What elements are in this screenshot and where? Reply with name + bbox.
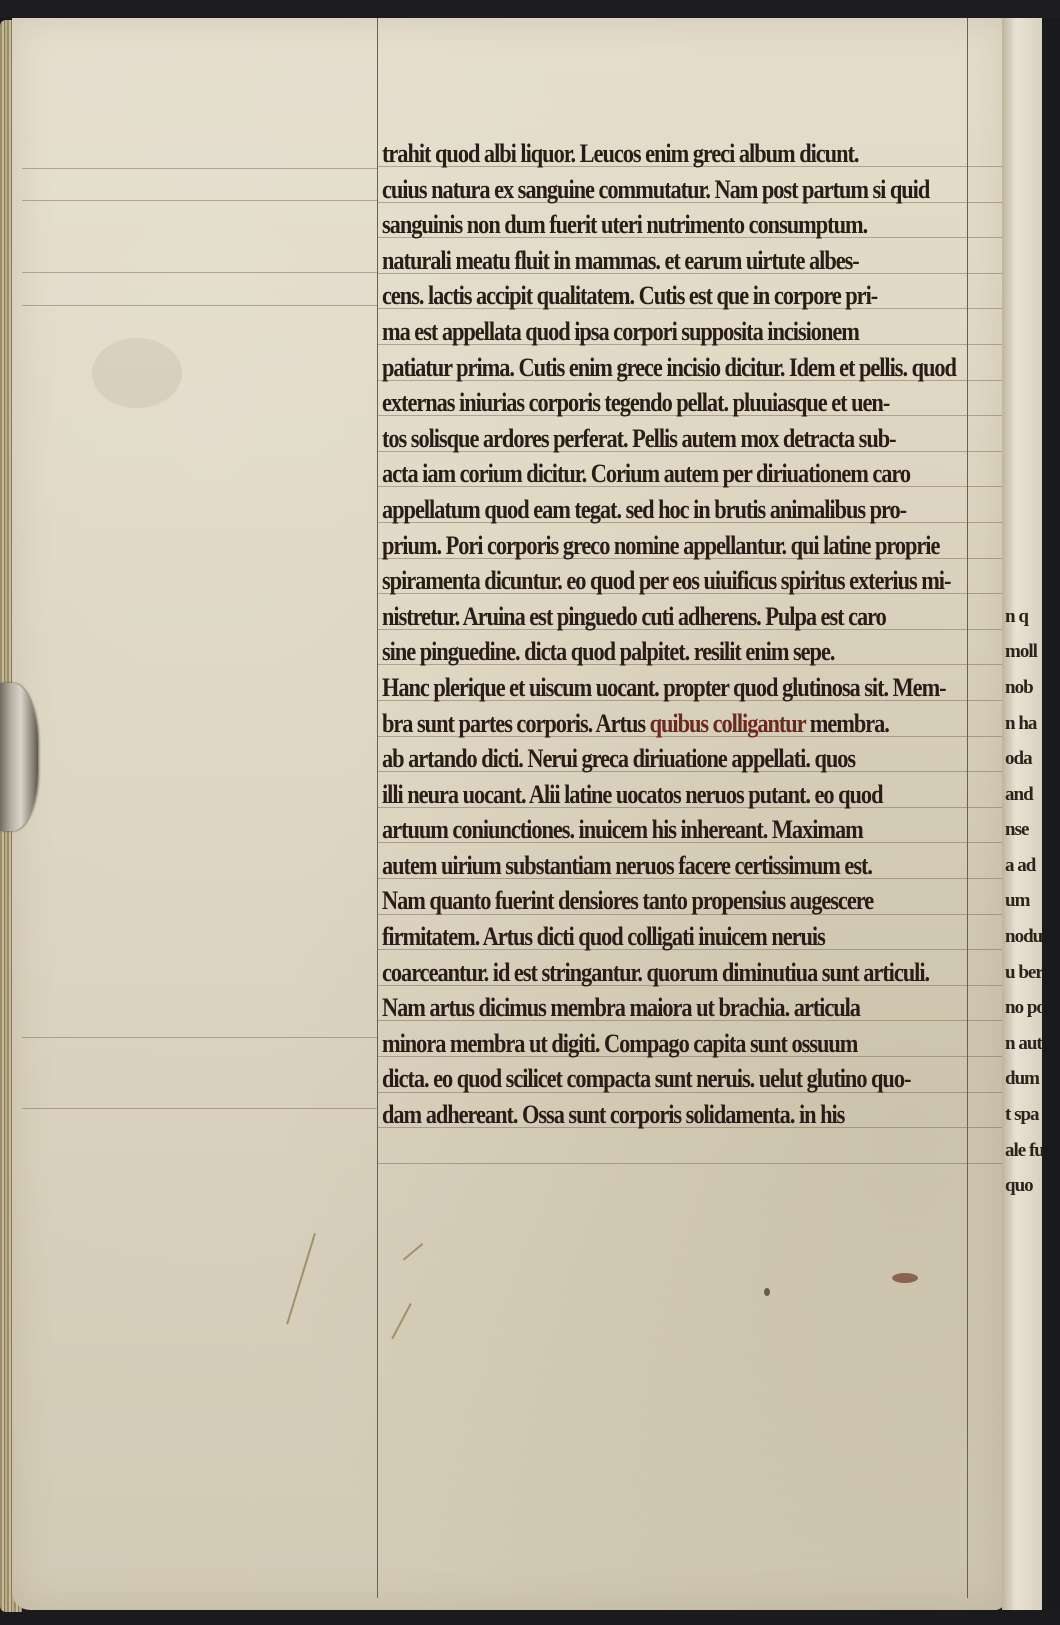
text-line: coarceantur. id est stringantur. quorum … [382,955,905,991]
facing-text-fragment [1002,421,1042,457]
text-line: sine pinguedine. dicta quod palpitet. re… [382,634,905,670]
text-line: acta iam corium dicitur. Corium autem pe… [382,456,905,492]
facing-text-fragment: t spa [1002,1097,1042,1133]
facing-text-fragment [1002,207,1042,243]
text-line: ab artando dicti. Nerui greca diriuation… [382,741,905,777]
facing-text-fragment [1002,528,1042,564]
text-line: appellatum quod eam tegat. sed hoc in br… [382,492,905,528]
text-line: illi neura uocant. Alii latine uocatos n… [382,777,905,813]
margin-ruling-line [22,305,377,306]
facing-text-fragment: nse [1002,812,1042,848]
text-line: artuum coniunctiones. inuicem his inhere… [382,812,905,848]
text-line: nistretur. Aruina est pinguedo cuti adhe… [382,599,905,635]
facing-text-fragment: and [1002,777,1042,813]
facing-text-fragment: um [1002,883,1042,919]
text-line: sanguinis non dum fuerit uteri nutriment… [382,207,905,243]
text-line: firmitatem. Artus dicti quod colligati i… [382,919,905,955]
stain-mark [92,338,182,408]
facing-text-fragment [1002,492,1042,528]
ruling-vertical-left [377,18,378,1598]
text-line: tos solisque ardores perferat. Pellis au… [382,421,905,457]
margin-ruling-line [22,1037,377,1038]
text-line-rubricated: bra sunt partes corporis. Artus quibus c… [382,706,905,742]
facing-text-fragment: n aut [1002,1026,1042,1062]
margin-ruling-line [22,1108,377,1109]
text-line: naturali meatu fluit in mammas. et earum… [382,243,905,279]
rubric-text: quibus colligantur [650,709,806,738]
text-line: trahit quod albi liquor. Leucos enim gre… [382,136,905,172]
facing-page-text: n qmollnobn haodaandnsea adumnoduu berno… [1002,136,1042,1204]
text-line: cens. lactis accipit qualitatem. Cutis e… [382,278,905,314]
text-line: Hanc plerique et uiscum uocant. propter … [382,670,905,706]
facing-text-fragment: moll [1002,634,1042,670]
facing-page-edge: n qmollnobn haodaandnsea adumnoduu berno… [1002,18,1042,1610]
facing-text-fragment [1002,563,1042,599]
facing-text-fragment: nob [1002,670,1042,706]
stray-mark [403,1243,423,1261]
margin-ruling-line [22,272,377,273]
facing-text-fragment [1002,136,1042,172]
text-line: minora membra ut digiti. Compago capita … [382,1026,905,1062]
text-line: dam adhereant. Ossa sunt corporis solida… [382,1097,905,1133]
facing-text-fragment [1002,314,1042,350]
text-line: ma est appellata quod ipsa corpori suppo… [382,314,905,350]
text-line: autem uirium substantiam neruos facere c… [382,848,905,884]
facing-text-fragment [1002,172,1042,208]
text-column: trahit quod albi liquor. Leucos enim gre… [382,136,990,1133]
stain-mark [764,1288,770,1296]
facing-text-fragment: u ber [1002,955,1042,991]
stray-mark [286,1233,316,1324]
facing-text-fragment [1002,243,1042,279]
facing-text-fragment: no po [1002,990,1042,1026]
text-line: prium. Pori corporis greco nomine appell… [382,528,905,564]
margin-ruling-line [22,168,377,169]
facing-text-fragment: n ha [1002,706,1042,742]
facing-text-fragment [1002,350,1042,386]
text-line: Nam quanto fuerint densiores tanto prope… [382,883,905,919]
facing-text-fragment: n q [1002,599,1042,635]
facing-text-fragment [1002,278,1042,314]
text-line: externas iniurias corporis tegendo pella… [382,385,905,421]
facing-text-fragment: oda [1002,741,1042,777]
bottom-background-band [0,1612,1060,1625]
facing-text-fragment: dum [1002,1061,1042,1097]
facing-text-fragment: nodu [1002,919,1042,955]
stain-mark [892,1273,918,1283]
text-line: patiatur prima. Cutis enim grece incisio… [382,350,905,386]
text-line: spiramenta dicuntur. eo quod per eos uiu… [382,563,905,599]
ruling-line [377,1163,1005,1164]
facing-text-fragment: a ad [1002,848,1042,884]
facing-text-fragment: ale fu [1002,1133,1042,1169]
text-line: cuius natura ex sanguine commutatur. Nam… [382,172,905,208]
facing-text-fragment: quo [1002,1168,1042,1204]
top-background-band [0,0,1060,18]
text-line: Nam artus dicimus membra maiora ut brach… [382,990,905,1026]
margin-ruling-line [22,200,377,201]
facing-text-fragment [1002,385,1042,421]
facing-text-fragment [1002,456,1042,492]
stray-mark [391,1303,412,1339]
text-line: dicta. eo quod scilicet compacta sunt ne… [382,1061,905,1097]
